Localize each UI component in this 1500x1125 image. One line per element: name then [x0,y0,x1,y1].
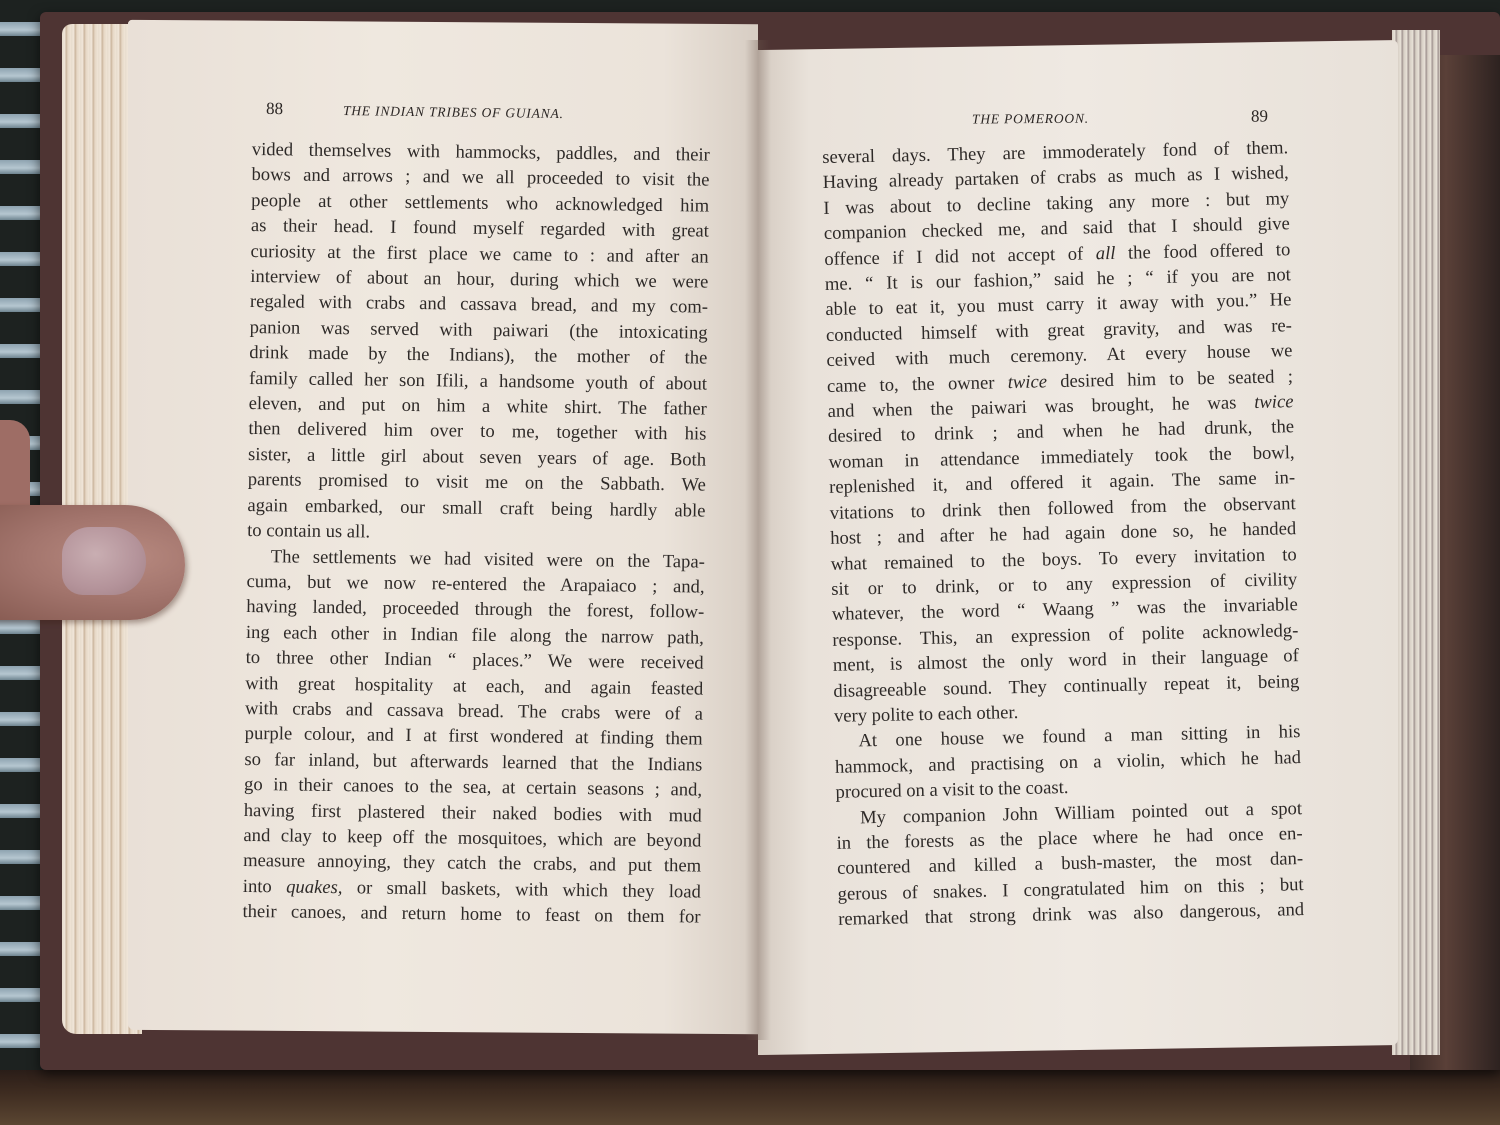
text-fragment: the food offered to [1115,239,1290,264]
right-running-head: THE POMEROON. 89 [828,106,1268,129]
italic-word: all [1096,243,1116,264]
text-fragment: or small baskets, with which they load [342,877,701,902]
italic-word: twice [1007,371,1047,393]
text-fragment: into [243,876,287,898]
italic-word: twice [1254,391,1294,413]
table-surface [0,1070,1500,1125]
left-running-title: THE INDIAN TRIBES OF GUIANA. [343,103,564,122]
thumb [0,505,185,620]
left-page-text: vided themselves with hammocks, paddles,… [242,137,710,930]
text-fragment: offence if I did not accept of [824,243,1096,270]
text-fragment: came to, the owner [827,372,1008,397]
text-fragment: desired him to be seated ; [1047,366,1293,392]
thumbnail [62,527,146,595]
left-page-number: 88 [266,99,283,119]
right-running-title: THE POMEROON. [972,111,1089,128]
book-gutter [745,40,771,1040]
right-page-number: 89 [1251,106,1268,126]
page-block-right-edges [1392,30,1440,1055]
italic-word: quakes, [286,876,343,898]
right-page-text: several days. They are immoderately fond… [822,135,1304,932]
